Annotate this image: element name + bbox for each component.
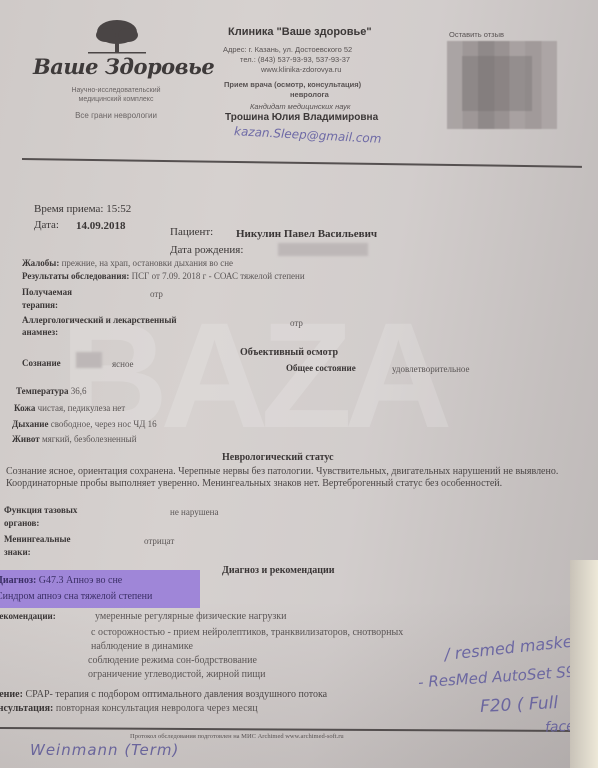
- appointment-type: Прием врача (осмотр, консультация): [224, 80, 361, 89]
- abdomen-row: Живот мягкий, безболезненный: [12, 434, 137, 444]
- general-state-value: удовлетворительное: [392, 364, 470, 374]
- visit-time-label: Время приема:: [34, 203, 103, 215]
- consciousness-label: Сознание: [22, 358, 61, 368]
- breathing-value: свободное, через нос ЧД 16: [51, 419, 157, 429]
- temperature-label: Температура: [16, 386, 69, 396]
- consciousness-value: ясное: [112, 359, 134, 369]
- results-label: Результаты обследования:: [22, 271, 129, 281]
- dob-redacted: [278, 243, 368, 256]
- meningeal-value: отрицат: [144, 536, 174, 546]
- results-row: Результаты обследования: ПСГ от 7.09. 20…: [22, 271, 305, 281]
- complaints-label: Жалобы:: [22, 258, 59, 268]
- specialty: невролога: [290, 90, 329, 99]
- neuro-heading: Неврологический статус: [222, 452, 334, 463]
- logo-subtitle-1: Научно-исследовательский: [46, 86, 186, 95]
- abdomen-label: Живот: [12, 434, 40, 444]
- temperature-value: 36,6: [71, 386, 87, 396]
- patient-label: Пациент:: [170, 226, 213, 238]
- allergy-value: отр: [290, 318, 303, 328]
- page-edge: [570, 560, 598, 768]
- clinic-phone: тел.: (843) 537-93-93, 537-93-37: [240, 55, 350, 64]
- general-state-label: Общее состояние: [286, 363, 356, 373]
- therapy-label-1: Получаемая: [22, 287, 72, 297]
- abdomen-value: мягкий, безболезненный: [42, 434, 137, 444]
- skin-label: Кожа: [14, 403, 35, 413]
- diagnosis-row: Диагноз: G47.3 Апноэ во сне: [0, 575, 122, 586]
- shadow-overlay: [0, 600, 598, 768]
- meningeal-label-2: знаки:: [4, 547, 31, 557]
- temperature-row: Температура 36,6: [16, 386, 87, 396]
- meningeal-label-1: Менингеальные: [4, 534, 71, 544]
- breathing-row: Дыхание свободное, через нос ЧД 16: [12, 419, 157, 429]
- complaints-value: прежние, на храп, остановки дыхания во с…: [62, 258, 233, 268]
- clinic-address: Адрес: г. Казань, ул. Достоевского 52: [223, 45, 352, 54]
- logo-tagline: Все грани неврологии: [46, 111, 186, 120]
- feedback-label: Оставить отзыв: [449, 30, 504, 39]
- clinic-website: www.klinika-zdorovya.ru: [261, 65, 341, 74]
- pelvic-value: не нарушена: [170, 507, 219, 517]
- qr-code-icon: [447, 41, 557, 129]
- tree-logo-icon: [88, 18, 146, 56]
- visit-date: 14.09.2018: [76, 220, 126, 232]
- diagnosis-heading: Диагноз и рекомендации: [222, 565, 335, 576]
- visit-time: Время приема: 15:52: [34, 203, 131, 215]
- allergy-label-2: анамнез:: [22, 327, 58, 337]
- results-value: ПСГ от 7.09. 2018 г - СОАС тяжелой степе…: [132, 271, 305, 281]
- allergy-label-1: Аллергологический и лекарственный: [22, 315, 177, 325]
- therapy-label-2: терапия:: [22, 300, 58, 310]
- doctor-degree: Кандидат медицинских наук: [250, 102, 350, 111]
- visit-date-label: Дата:: [34, 219, 59, 231]
- exam-heading: Объективный осмотр: [240, 347, 338, 358]
- visit-time-value: 15:52: [106, 203, 131, 215]
- diagnosis-code: G47.3 Апноэ во сне: [39, 575, 122, 586]
- doctor-name: Трошина Юлия Владимировна: [225, 112, 378, 123]
- skin-row: Кожа чистая, педикулеза нет: [14, 403, 125, 413]
- clinic-title: Клиника "Ваше здоровье": [228, 26, 372, 38]
- complaints-row: Жалобы: прежние, на храп, остановки дыха…: [22, 258, 233, 268]
- logo-subtitle-2: медицинский комплекс: [46, 95, 186, 104]
- patient-name: Никулин Павел Васильевич: [236, 228, 377, 240]
- skin-value: чистая, педикулеза нет: [38, 403, 126, 413]
- pelvic-label-2: органов:: [4, 518, 39, 528]
- redaction: [76, 352, 102, 368]
- neuro-status-text: Сознание ясное, ориентация сохранена. Че…: [6, 466, 566, 490]
- breathing-label: Дыхание: [12, 419, 48, 429]
- diagnosis-label: Диагноз:: [0, 575, 36, 586]
- therapy-value: отр: [150, 289, 163, 299]
- dob-label: Дата рождения:: [170, 244, 243, 256]
- brand-logo-text: Ваше Здоровье: [33, 54, 214, 79]
- pelvic-label-1: Функция тазовых: [4, 505, 77, 515]
